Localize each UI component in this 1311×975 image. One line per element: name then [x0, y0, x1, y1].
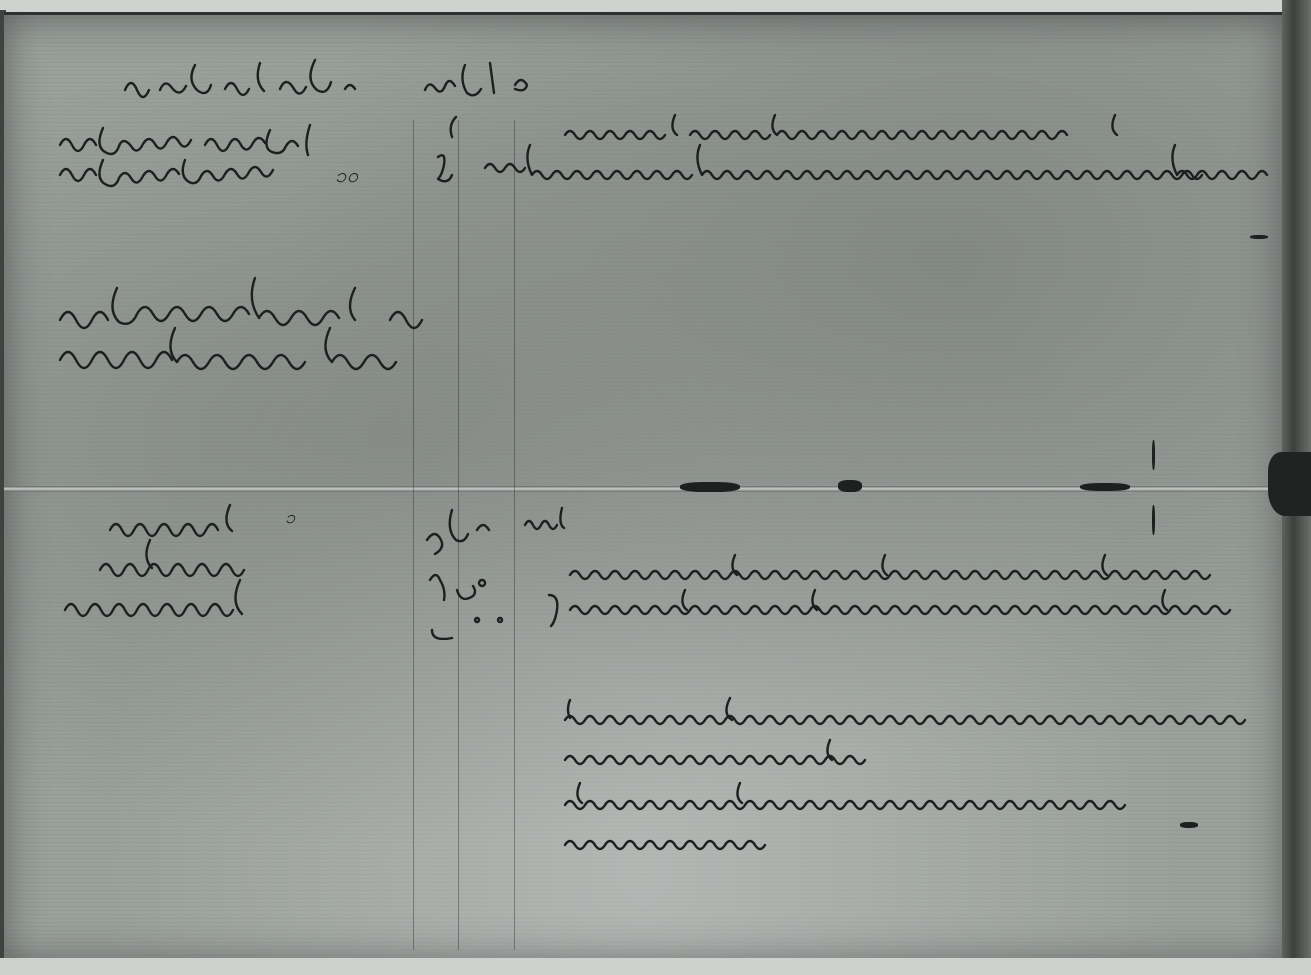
- ink-stroke: [1152, 505, 1155, 535]
- entry-3-name: ဥပဓါတ်ပါလီ ဒေါ်မြောက်ကျော် ပင်တော်ပေါ် င…: [60, 500, 280, 640]
- photo-border-bottom: [0, 958, 1311, 975]
- header-column-heading: ငွေ ကျပ် ပဲ: [420, 55, 560, 105]
- entry-3-note: ကျပ်: [522, 505, 582, 535]
- ink-damage: [838, 480, 862, 492]
- binding-tab: [1268, 452, 1311, 516]
- entry-2-name: ငွေမြောင် တော်စိုး ရွာ ၄ ရွာ နံ့ဂမ် ထုပ်…: [55, 268, 435, 388]
- ink-damage: [680, 482, 740, 492]
- summary-block: ဤပြင်ကျွန်လယ်ပြင် မြေလံ ကျပ် တစ်ဆယ် ငါးဆ…: [560, 695, 1280, 875]
- ink-damage: [1080, 483, 1130, 491]
- entry-1-amount: ၀: [430, 112, 470, 192]
- ink-stroke: [1180, 822, 1198, 828]
- column-rule: [413, 120, 414, 950]
- entry-1-mark: ၁၀: [335, 162, 359, 192]
- ink-stroke: [1152, 440, 1155, 470]
- entry-3-mark: ၁: [285, 505, 296, 532]
- header-left-heading: ရှေးဦးစွာ ရောင်းချသူ…: [120, 55, 380, 105]
- ink-stroke: [1250, 235, 1268, 239]
- entry-1-text: ရှေးဦးစွာ အဆိုပါ ကောက်ပဲသီးနှံ သူကြီး ပြ…: [475, 110, 1285, 190]
- entry-3-text: အရှေ့ သား ငွေ ကြေးကို သူကြီးလက် သိပါ၏ ကေ…: [565, 550, 1265, 630]
- entry-1-name: ငွေမြောင်ရွာ ရှေ့ဒေါင်း ရန်လျှာ ရွှေဥ ငွ…: [55, 120, 345, 195]
- entry-3-unit: [545, 590, 565, 630]
